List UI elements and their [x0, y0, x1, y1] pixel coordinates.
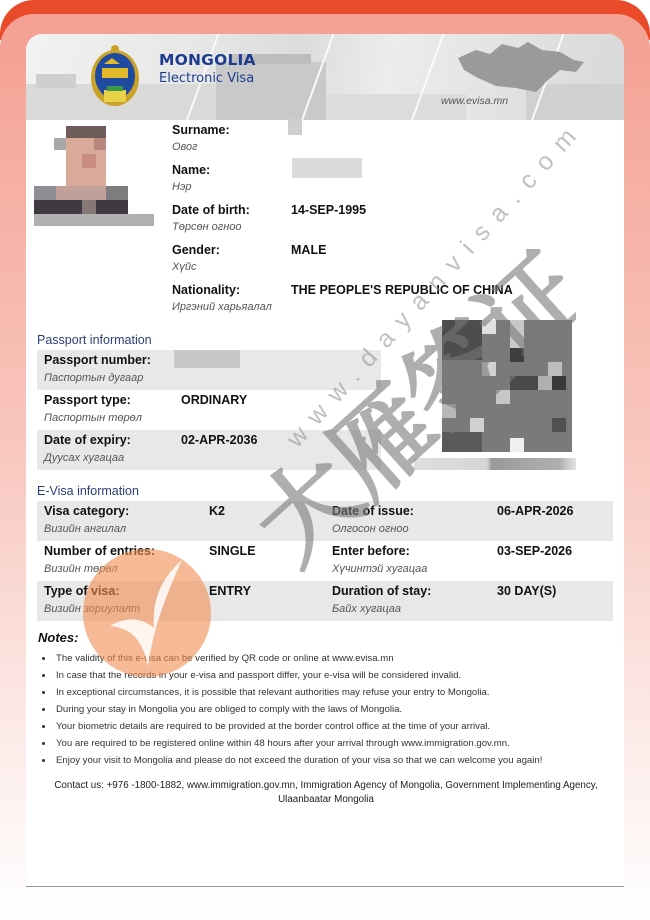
mongolia-state-emblem-icon	[90, 42, 140, 108]
duration-value: 30 DAY(S)	[497, 584, 556, 598]
enter-before-value: 03-SEP-2026	[497, 544, 572, 558]
website-url: www.evisa.mn	[441, 95, 508, 107]
surname-label-mn: Овог	[172, 141, 198, 153]
note-item: During your stay in Mongolia you are obl…	[54, 701, 542, 718]
passport-number-label: Passport number:	[44, 353, 151, 367]
passport-expiry-label-mn: Дуусах хугацаа	[44, 452, 124, 464]
issue-date-label: Date of issue:	[332, 504, 414, 518]
brand-subtitle: Electronic Visa	[159, 71, 254, 86]
dob-label-mn: Төрсөн огноо	[172, 221, 242, 233]
note-item: You are required to be registered online…	[54, 735, 542, 752]
enter-before-label: Enter before:	[332, 544, 410, 558]
note-item: Enjoy your visit to Mongolia and please …	[54, 752, 542, 769]
visa-type-label-mn: Визийн зориулалт	[44, 603, 140, 615]
nationality-label: Nationality:	[172, 283, 240, 297]
passport-type-value: ORDINARY	[181, 393, 247, 407]
passport-type-label-mn: Паспортын төрөл	[44, 412, 142, 424]
dob-value: 14-SEP-1995	[291, 203, 366, 217]
note-item: Your biometric details are required to b…	[54, 718, 542, 735]
evisa-section-title: E-Visa information	[37, 484, 139, 498]
passport-expiry-label: Date of expiry:	[44, 433, 131, 447]
visa-category-label: Visa category:	[44, 504, 129, 518]
name-value-redacted	[292, 158, 362, 178]
entries-label: Number of entries:	[44, 544, 155, 558]
visa-type-value: ENTRY	[209, 584, 251, 598]
qr-caption-redacted	[414, 458, 576, 470]
nationality-value: THE PEOPLE'S REPUBLIC OF CHINA	[291, 283, 513, 297]
qr-code	[442, 320, 572, 452]
nationality-label-mn: Иргэний харьяалал	[172, 301, 272, 313]
visa-type-label: Type of visa:	[44, 584, 119, 598]
passport-number-redacted	[174, 350, 240, 368]
name-label-mn: Нэр	[172, 181, 191, 193]
contact-line-1: Contact us: +976 -1800-1882, www.immigra…	[46, 779, 606, 793]
mongolia-map-icon	[456, 40, 586, 95]
passport-section-title: Passport information	[37, 333, 152, 347]
gender-value: MALE	[291, 243, 326, 257]
issue-date-label-mn: Олгосон огноо	[332, 523, 409, 535]
gender-label-mn: Хүйс	[172, 261, 196, 273]
surname-value-redacted	[288, 119, 302, 135]
applicant-photo	[34, 126, 158, 240]
passport-expiry-value: 02-APR-2036	[181, 433, 257, 447]
entries-label-mn: Визийн төрөл	[44, 563, 118, 575]
duration-label-mn: Байх хугацаа	[332, 603, 401, 615]
issue-date-value: 06-APR-2026	[497, 504, 573, 518]
enter-before-label-mn: Хүчинтэй хугацаа	[332, 563, 427, 575]
notes-title: Notes:	[38, 630, 78, 645]
note-item: In exceptional circumstances, it is poss…	[54, 684, 542, 701]
entries-value: SINGLE	[209, 544, 256, 558]
note-item: In case that the records in your e-visa …	[54, 667, 542, 684]
brand-title: MONGOLIA	[159, 51, 256, 69]
note-item: The validity of this e-visa can be verif…	[54, 650, 542, 667]
evisa-document: MONGOLIA Electronic Visa www.evisa.mn Su…	[26, 34, 624, 887]
name-label: Name:	[172, 163, 210, 177]
header-banner: MONGOLIA Electronic Visa www.evisa.mn	[26, 34, 624, 120]
gender-label: Gender:	[172, 243, 220, 257]
surname-label: Surname:	[172, 123, 230, 137]
visa-category-label-mn: Визийн ангилал	[44, 523, 126, 535]
notes-list: The validity of this e-visa can be verif…	[40, 650, 542, 769]
passport-number-label-mn: Паспортын дугаар	[44, 372, 143, 384]
dob-label: Date of birth:	[172, 203, 250, 217]
contact-info: Contact us: +976 -1800-1882, www.immigra…	[46, 779, 606, 807]
contact-line-2: Ulaanbaatar Mongolia	[46, 793, 606, 807]
visa-category-value: K2	[209, 504, 225, 518]
passport-type-label: Passport type:	[44, 393, 131, 407]
duration-label: Duration of stay:	[332, 584, 431, 598]
